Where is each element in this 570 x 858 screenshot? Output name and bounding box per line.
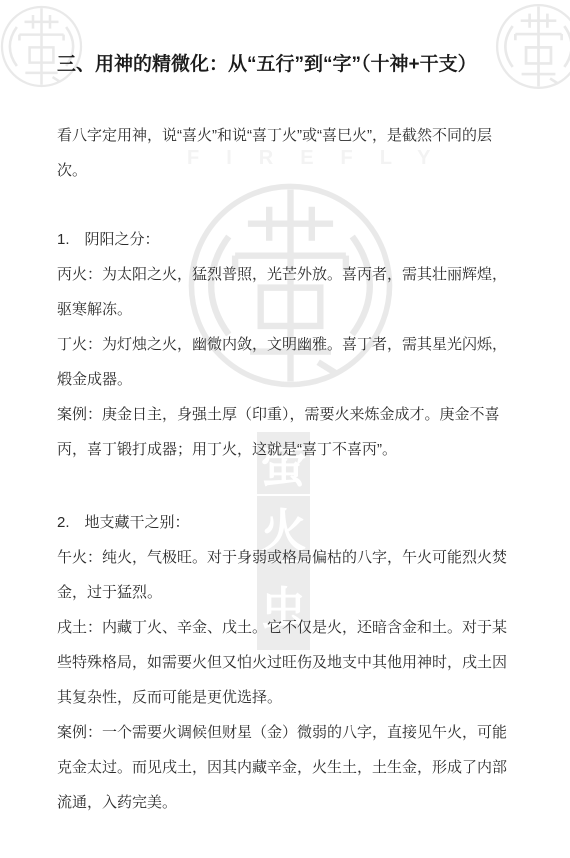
body-paragraph: 案例：一个需要火调候但财星（金）微弱的八字，直接见午火，可能克金太过。而见戌土，…	[57, 715, 513, 820]
intro-paragraph: 看八字定用神，说“喜火”和说“喜丁火”或“喜巳火”，是截然不同的层次。	[57, 118, 513, 188]
document-page: FIREFLY 萤 火 虫 三、用神的精微化：从“五行”到“字”（十神+干支） …	[0, 0, 570, 858]
document-content: 三、用神的精微化：从“五行”到“字”（十神+干支） 看八字定用神，说“喜火”和说…	[0, 52, 570, 820]
body-paragraph: 案例：庚金日主，身强土厚（印重），需要火来炼金成才。庚金不喜丙，喜丁锻打成器；用…	[57, 397, 513, 467]
body-paragraph: 丁火：为灯烛之火，幽微内敛，文明幽雅。喜丁者，需其星光闪烁，煅金成器。	[57, 327, 513, 397]
section-2-heading: 2. 地支藏干之别：	[57, 505, 513, 540]
body-paragraph: 午火：纯火，气极旺。对于身弱或格局偏枯的八字，午火可能烈火焚金，过于猛烈。	[57, 540, 513, 610]
body-paragraph: 丙火：为太阳之火，猛烈普照，光芒外放。喜丙者，需其壮丽辉煌，驱寒解冻。	[57, 257, 513, 327]
page-title: 三、用神的精微化：从“五行”到“字”（十神+干支）	[57, 52, 513, 78]
section-1-heading: 1. 阴阳之分：	[57, 222, 513, 257]
body-paragraph: 戌土：内藏丁火、辛金、戊土。它不仅是火，还暗含金和土。对于某些特殊格局，如需要火…	[57, 610, 513, 715]
